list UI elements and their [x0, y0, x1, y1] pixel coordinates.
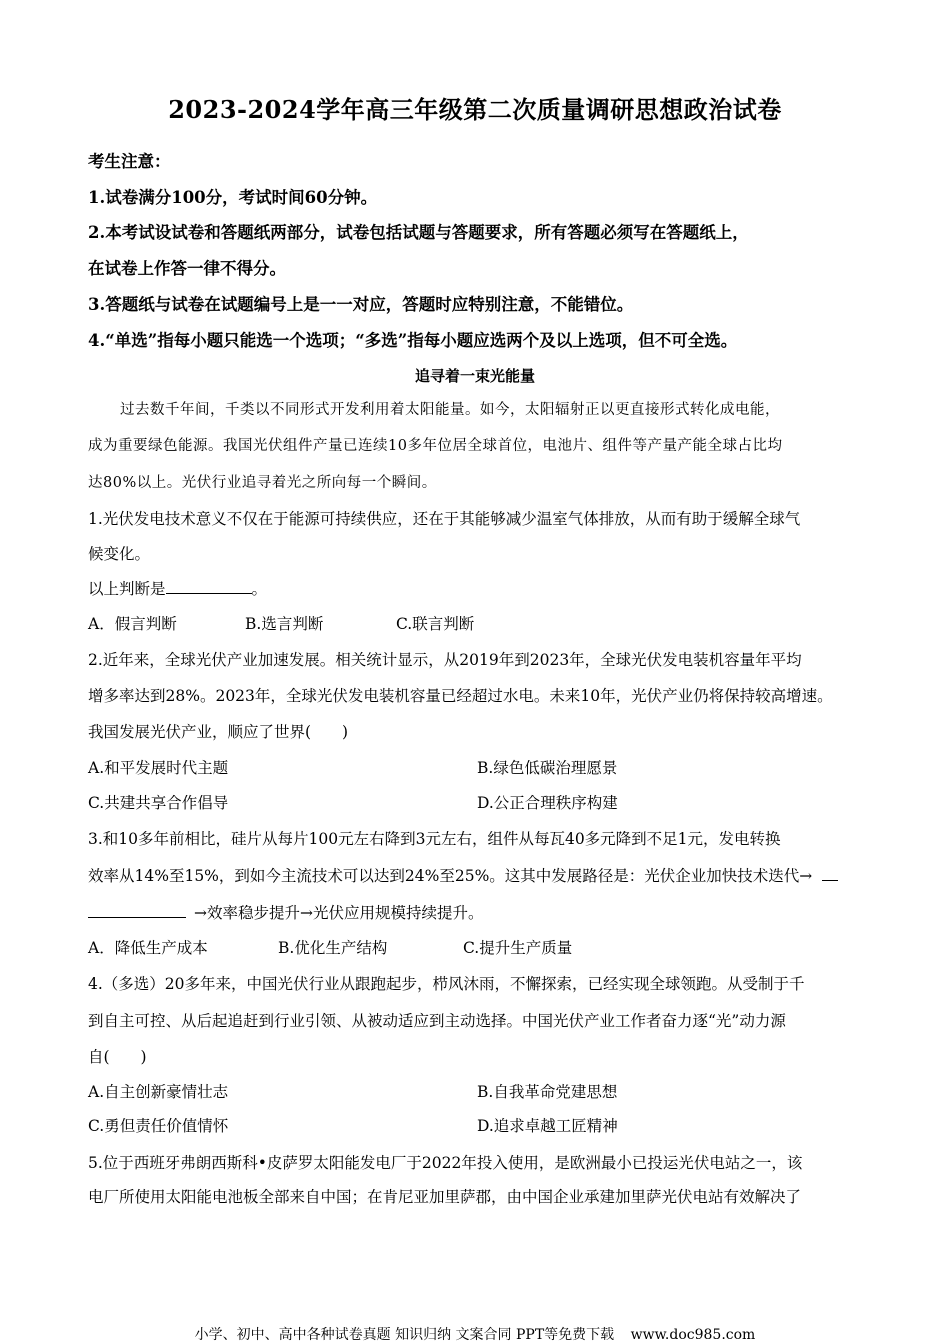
question-4-text: 到自主可控、从后起追赶到行业引领、从被动适应到主动选择。中国光伏产业工作者奋力逐…: [88, 1009, 786, 1031]
question-1-prompt: 以上判断是。: [88, 577, 267, 599]
question-5-text: 电厂所使用太阳能电池板全部来自中国；在肯尼亚加里萨郡，由中国企业承建加里萨光伏电…: [88, 1185, 801, 1207]
question-3-text: 3.和10多年前相比，硅片从每片100元左右降到3元左右，组件从每瓦40多元降到…: [88, 827, 781, 849]
question-3-text: →效率稳步提升→光伏应用规模持续提升。: [88, 901, 483, 923]
notice-item: 在试卷上作答一律不得分。: [88, 255, 286, 279]
question-1-option-b: B.选言判断: [245, 612, 323, 634]
page-footer: 小学、初中、高中各种试卷真题 知识归纳 文案合同 PPT等免费下载 www.do…: [0, 1324, 950, 1344]
question-3-option-b: B.优化生产结构: [278, 936, 387, 958]
question-1-option-a: A．假言判断: [88, 612, 177, 634]
footer-text: 小学、初中、高中各种试卷真题 知识归纳 文案合同 PPT等免费下载: [195, 1327, 615, 1343]
question-4-option-a: A.自主创新豪情壮志: [88, 1080, 228, 1102]
question-4-option-d: D.追求卓越工匠精神: [477, 1114, 618, 1136]
question-3-line3: →效率稳步提升→光伏应用规模持续提升。: [194, 904, 483, 922]
answer-blank: [166, 593, 252, 594]
question-2-option-d: D.公正合理秩序构建: [477, 791, 618, 813]
question-2-text: 我国发展光伏产业，顺应了世界( ): [88, 720, 348, 742]
question-3-text: 效率从14%至15%，到如今主流技术可以达到24%至25%。这其中发展路径是：光…: [88, 864, 838, 886]
answer-blank: [88, 917, 186, 918]
intro-line: 过去数千年间，千类以不同形式开发利用着太阳能量。如今，太阳辐射正以更直接形式转化…: [120, 398, 780, 419]
notice-item: 1.试卷满分100分，考试时间60分钟。: [88, 184, 377, 208]
answer-blank: [822, 880, 838, 881]
question-1-text: 1.光伏发电技术意义不仅在于能源可持续供应，还在于其能够减少温室气体排放，从而有…: [88, 507, 800, 529]
exam-page: 2023-2024学年高三年级第二次质量调研思想政治试卷 考生注意： 1.试卷满…: [0, 0, 950, 1344]
intro-line: 达80%以上。光伏行业追寻着光之所向每一个瞬间。: [88, 471, 437, 492]
question-1-option-c: C.联言判断: [396, 612, 474, 634]
section-title: 追寻着一束光能量: [0, 365, 950, 386]
exam-title: 2023-2024学年高三年级第二次质量调研思想政治试卷: [0, 90, 950, 125]
question-3-option-c: C.提升生产质量: [463, 936, 572, 958]
question-2-option-a: A.和平发展时代主题: [88, 756, 228, 778]
question-4-text: 4.（多选）20多年来，中国光伏行业从跟跑起步，栉风沐雨，不懈探索，已经实现全球…: [88, 972, 805, 994]
question-4-text: 自( ): [88, 1045, 147, 1067]
intro-line: 成为重要绿色能源。我国光伏组件产量已连续10多年位居全球首位，电池片、组件等产量…: [88, 434, 782, 455]
question-2-text: 2.近年来，全球光伏产业加速发展。相关统计显示，从2019年到2023年，全球光…: [88, 648, 802, 670]
question-1-text: 候变化。: [88, 542, 150, 564]
question-4-option-b: B.自我革命党建思想: [477, 1080, 617, 1102]
notice-item: 2.本考试设试卷和答题纸两部分，试卷包括试题与答题要求，所有答题必须写在答题纸上…: [88, 219, 749, 243]
notice-heading: 考生注意：: [88, 148, 171, 172]
question-2-option-b: B.绿色低碳治理愿景: [477, 756, 617, 778]
question-2-text: 增多率达到28%。2023年，全球光伏发电装机容量已经超过水电。未来10年，光伏…: [88, 684, 833, 706]
question-5-text: 5.位于西班牙弗朗西斯科•皮萨罗太阳能发电厂于2022年投入使用，是欧洲最小已投…: [88, 1151, 802, 1173]
question-4-option-c: C.勇但责任价值情怀: [88, 1114, 228, 1136]
notice-item: 3.答题纸与试卷在试题编号上是一一对应，答题时应特别注意，不能错位。: [88, 291, 633, 315]
prompt-prefix: 以上判断是: [88, 580, 166, 598]
question-3-line2: 效率从14%至15%，到如今主流技术可以达到24%至25%。这其中发展路径是：光…: [88, 867, 812, 885]
prompt-suffix: 。: [252, 580, 268, 598]
question-3-option-a: A．降低生产成本: [88, 936, 208, 958]
question-2-option-c: C.共建共享合作倡导: [88, 791, 228, 813]
footer-site-link[interactable]: www.doc985.com: [631, 1327, 756, 1343]
notice-item: 4.“单选”指每小题只能选一个选项；“多选”指每小题应选两个及以上选项，但不可全…: [88, 327, 737, 351]
